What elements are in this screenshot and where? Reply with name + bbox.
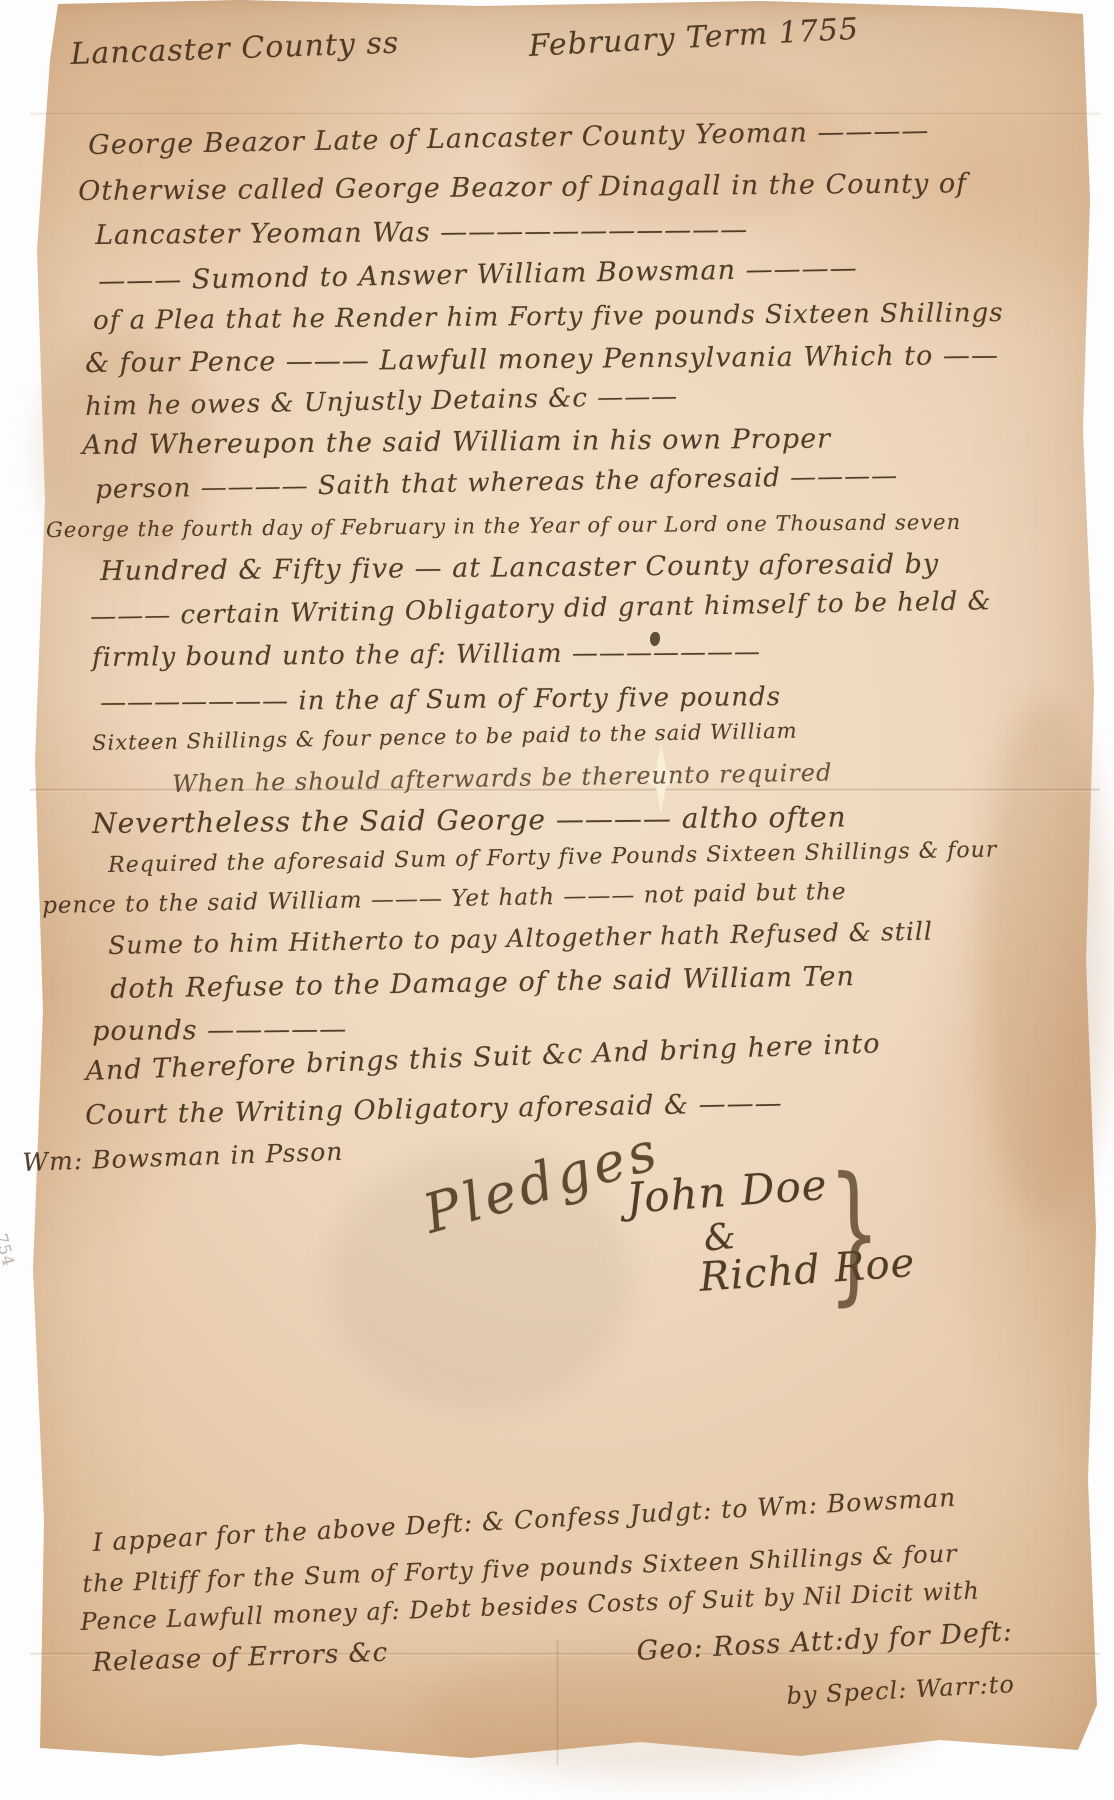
manuscript-line: & four Pence ——— Lawfull money Pennsylva…: [85, 342, 999, 377]
manuscript-line: of a Plea that he Render him Forty five …: [93, 300, 1004, 334]
pencil-mark: 754: [0, 1232, 17, 1269]
manuscript-line: Lancaster Yeoman Was ———————————: [95, 216, 748, 249]
manuscript-line: Hundred & Fifty five — at Lancaster Coun…: [100, 551, 939, 585]
manuscript-line: Nevertheless the Said George ———— altho …: [92, 803, 847, 838]
manuscript-line: Otherwise called George Beazor of Dinaga…: [78, 170, 967, 205]
manuscript-scan: Lancaster County ss February Term 1755 G…: [0, 0, 1114, 1800]
manuscript-line: pounds —————: [92, 1016, 347, 1045]
manuscript-line: firmly bound unto the af: William ——————…: [92, 639, 761, 671]
manuscript-line: ——————— in the af Sum of Forty five poun…: [100, 684, 781, 716]
manuscript-line: And Whereupon the said William in his ow…: [82, 425, 831, 459]
right-brace: }: [828, 1158, 881, 1308]
